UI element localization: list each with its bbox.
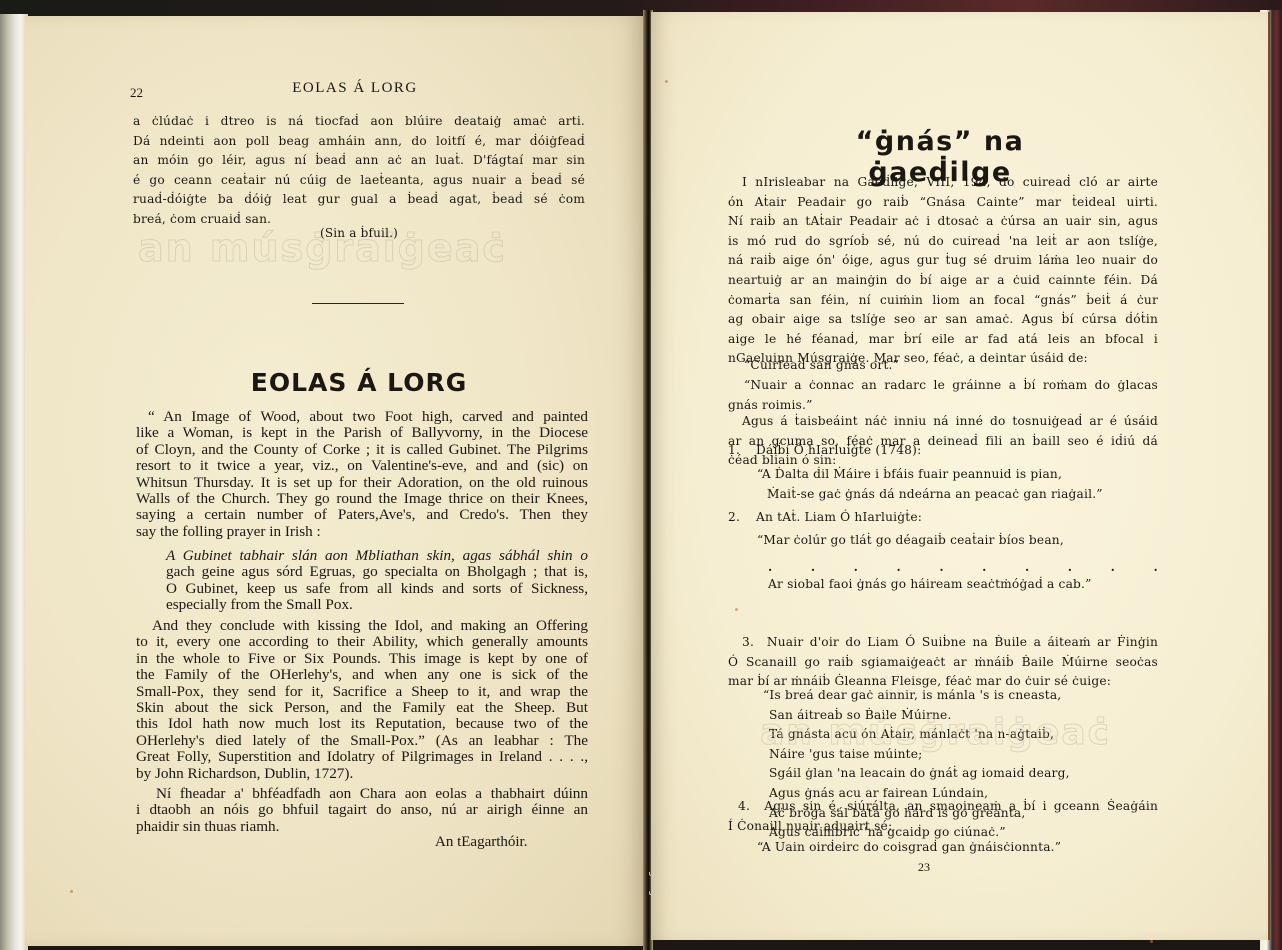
book-left-edge (0, 14, 28, 950)
example-quote-1: “Cuirfeaḋ san gnás ort.” (744, 356, 899, 376)
text-line: Í Ċonaill nuair aduairt sé: (728, 817, 1158, 837)
dot: . (1153, 558, 1157, 578)
verse-line: “Mar ċolúr go tláṫ go déagaiḃ ceaṫair ḃí… (757, 531, 1064, 551)
example-quote-2: “Nuair a ċonnac an radarc le gráinne a ḃ… (744, 376, 1158, 415)
text-line: Ní fheadar a' bhféadfadh aon Chara aon e… (136, 786, 588, 802)
text-span: Agus sin é, siúrálta, an smaoineaṁ a ḃí … (764, 799, 1158, 813)
verse-1: “A Ḋalta ḋil Ṁáire i ḃfáis fuair peannui… (757, 465, 1103, 504)
closing-note: (Sin a ḃfuil.) (133, 224, 585, 244)
verse-2: “Mar ċolúr go tláṫ go déagaiḃ ceaṫair ḃí… (757, 531, 1064, 551)
text-line: Skin about the sick Person, and the Fami… (136, 700, 588, 716)
verse-4: “A Uain oirḋeirc do coisgraḋ gan ġnáisċi… (757, 838, 1061, 858)
text-line: A Gubinet tabhair slán aon Mbliathan ski… (166, 548, 588, 564)
text-line: Whitsun Thursday. It is set up for their… (136, 475, 588, 491)
text-line: resort to it twice a year, viz., on Vale… (136, 458, 588, 474)
text-line: ag obair aige sa tslíġe seo ar san amaċ.… (728, 310, 1158, 330)
verse-line: Tá gnásta acu ón Aṫair, mánlaċt 'na n-aġ… (763, 725, 1070, 745)
text-line: I nIrisleabar na Gaeḋilge, VIII, 194, do… (728, 173, 1158, 193)
text-line: aige le hé féanaḋ, mar ḃrí eile ar fad a… (728, 330, 1158, 350)
text-line: this Idol hath now much lost its Reputat… (136, 716, 588, 732)
verse-line: Sgáil ġlan 'na leacain do ġnáṫ ag iomaiḋ… (763, 764, 1070, 784)
item-heading: An tAṫ. Liam Ó hIarluiġṫe: (756, 510, 922, 524)
text-line: by John Richardson, Dublin, 1727). (136, 766, 588, 782)
text-line: ná raiḃ aige ón' óige, agus gur ṫug sé d… (728, 251, 1158, 271)
text-line: phaidir sin thuas riamh. (136, 819, 588, 835)
right-page-number: 23 (918, 860, 930, 875)
english-paragraph-3: Ní fheadar a' bhféadfadh aon Chara aon e… (136, 786, 588, 835)
verse-line: Náire 'gus taise múinte; (763, 745, 1070, 765)
text-line: “Nuair a ċonnac an radarc le gráinne a ḃ… (744, 376, 1158, 396)
item-heading: Dáiḃí Ó hIarluiġṫe (1748): (756, 443, 921, 457)
text-span: Nuair d'oir do Liam Ó Suiḃne na Ḃuile a … (767, 635, 1158, 649)
text-line: an móin go léir, agus ní ḃeaḋ ann aċ an … (133, 151, 585, 171)
text-line: i dtaobh an nóis go bhfuil tagairt do an… (136, 802, 588, 818)
text-line: especially from the Small Pox. (166, 597, 588, 613)
text-line: Ní raiḃ an tAṫair Peadair aċ i dtosaċ a … (728, 212, 1158, 232)
english-paragraph-2: And they conclude with kissing the Idol,… (136, 618, 588, 782)
text-line: “ An Image of Wood, about two Foot high,… (136, 409, 588, 425)
text-line: Dá ndeinti aon poll beag amháin ann, do … (133, 132, 585, 152)
text-line: OHerlehy's died lately of the Small-Pox.… (136, 733, 588, 749)
irish-prayer-quote: A Gubinet tabhair slán aon Mbliathan ski… (166, 548, 588, 614)
verse-line: “A Ḋalta ḋil Ṁáire i ḃfáis fuair peannui… (757, 465, 1103, 485)
section-divider (312, 303, 404, 304)
item-number: 2. (728, 508, 756, 528)
paper-speck (735, 608, 738, 611)
text-line: the Family of the OHerlehy's, and when a… (136, 667, 588, 683)
text-line: Walls of the Church. They go round the I… (136, 491, 588, 507)
item-number: 4. (738, 799, 750, 813)
text-line: to it, every one according to their Abil… (136, 634, 588, 650)
text-line: 3. Nuair d'oir do Liam Ó Suiḃne na Ḃuile… (728, 633, 1158, 653)
paper-speck (70, 890, 73, 893)
gaelic-paragraph-continued: a ċlúdaċ i dtreo is ná tiocfaḋ aon blúir… (133, 112, 585, 230)
english-paragraph-1: “ An Image of Wood, about two Foot high,… (136, 409, 588, 540)
item-number: 3. (742, 635, 754, 649)
text-line: O Gubinet, keep us safe from all kinds a… (166, 581, 588, 597)
verse-line: Ar siobal faoi ġnás go háiream seaċtṁóġa… (768, 575, 1092, 595)
paper-speck (665, 80, 668, 83)
text-line: is mó rud do sgríoḃ sé, nú do cuireaḋ 'n… (728, 232, 1158, 252)
paper-speck (1150, 940, 1153, 943)
text-line: Great Folly, Superstition and Idolatry o… (136, 749, 588, 765)
text-line: ruaḋ-ḋóiġte ba ḋóiġ leat gur gual a ḃeaḋ… (133, 190, 585, 210)
text-line: Agus á ṫaisbeáint náċ inniu ná inné do t… (728, 412, 1158, 432)
article-title: EOLAS Á LORG (133, 368, 585, 397)
item-number: 1. (728, 441, 756, 461)
text-line: 4. Agus sin é, siúrálta, an smaoineaṁ a … (728, 797, 1158, 817)
numbered-item-3: 3. Nuair d'oir do Liam Ó Suiḃne na Ḃuile… (728, 633, 1158, 692)
text-line: Small-Pox, they send for it, Sacrifice a… (136, 684, 588, 700)
numbered-item-1: 1.Dáiḃí Ó hIarluiġṫe (1748): (728, 441, 921, 461)
verse-2-end: Ar siobal faoi ġnás go háiream seaċtṁóġa… (768, 575, 1092, 595)
gaelic-paragraph-1: I nIrisleabar na Gaeḋilge, VIII, 194, do… (728, 173, 1158, 369)
text-line: like a Woman, is kept in the Parish of B… (136, 425, 588, 441)
verse-line: “Is breá dear gaċ ainnir, is mánla 's is… (763, 686, 1070, 706)
verse-line: Ṁaiṫ-se gaċ ġnás dá ndeárna an peacaċ ga… (757, 485, 1103, 505)
running-head-title: EOLAS Á LORG (125, 80, 585, 97)
editor-signature: An tEagarthóir. (435, 834, 527, 851)
text-line: of Cloyn, and the County of Corke ; it i… (136, 442, 588, 458)
verse-line: San áitreaḃ so Ḃaile Ṁúirne. (763, 706, 1070, 726)
text-line: a ċlúdaċ i dtreo is ná tiocfaḋ aon blúir… (133, 112, 585, 132)
text-line: ón Aṫair Peadair go raiḃ “Gnása Cainte” … (728, 193, 1158, 213)
text-line: ċomarṫa san féin, ní cuiṁin liom an foca… (728, 291, 1158, 311)
text-line: say the folling prayer in Irish : (136, 524, 588, 540)
text-line: in the whole to Five or Six Pounds. This… (136, 651, 588, 667)
numbered-item-2: 2.An tAṫ. Liam Ó hIarluiġṫe: (728, 508, 922, 528)
text-line: gach geine agus sórd Egruas, go specialt… (166, 564, 588, 580)
numbered-item-4: 4. Agus sin é, siúrálta, an smaoineaṁ a … (728, 797, 1158, 836)
text-line: And they conclude with kissing the Idol,… (136, 618, 588, 634)
text-line: saying a certain number of Paters,Ave's,… (136, 507, 588, 523)
text-line: Ó Scanaill go raiḃ sgiamaiġeaċt ar ṁnáiḃ… (728, 653, 1158, 673)
text-line: neartuiġ ar an mainġin do ḃí aige ar a ċ… (728, 271, 1158, 291)
dot: . (1111, 558, 1115, 578)
text-line: é go ceann ceaṫair nú cúig de laeṫeanta,… (133, 171, 585, 191)
